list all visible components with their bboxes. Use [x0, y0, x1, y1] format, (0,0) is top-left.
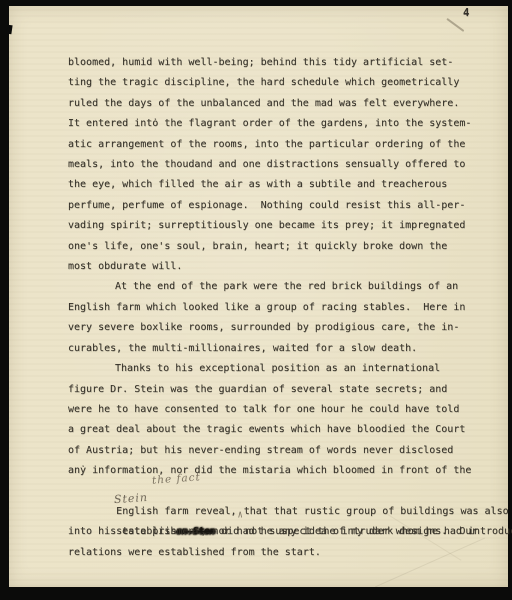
typed-line: ruled the days of the unbalanced and the… [68, 94, 488, 114]
typed-line: bloomed, humid with well-being; behind t… [68, 53, 488, 73]
page-number: 4 [463, 7, 469, 19]
typed-line: It entered intȯ the flagrant order of th… [68, 114, 488, 134]
typed-line: meals, into the thoudand and one distrac… [68, 155, 488, 175]
typed-line: anẏ information, nor did the mistaria wh… [68, 461, 488, 481]
paper: 4 bloomed, humid with well-being; behind… [9, 6, 508, 587]
typed-line-paragraph-start: At the end of the park were the red bric… [68, 277, 488, 297]
typed-line: vading spirit; surreptitiously one becam… [68, 216, 488, 236]
typed-line: atic arrangement of the rooms, into the … [68, 135, 488, 155]
pencil-scratch-mark [447, 18, 465, 32]
typed-line: figure Dr. Stein was the guardian of sev… [68, 380, 488, 400]
typed-line: English farm which looked like a group o… [68, 298, 488, 318]
typed-line: the eye, which filled the air as with a … [68, 175, 488, 195]
handwritten-correction: Stein [113, 488, 148, 511]
typed-line: of Austria; but his never-ending stream … [68, 441, 488, 461]
typed-line-with-correction: state prison.Sten did not suspect the in… [68, 502, 488, 522]
typed-line: curables, the multi-millionaires, waited… [68, 339, 488, 359]
scanned-page: 4 bloomed, humid with well-being; behind… [0, 0, 512, 600]
paper-edge-notch [6, 25, 12, 35]
typed-line: one's life, one's soul, brain, heart; it… [68, 237, 488, 257]
typed-line: most obdurate will. [68, 257, 488, 277]
typed-text-block: bloomed, humid with well-being; behind t… [68, 53, 488, 563]
typed-line: relations were established from the star… [68, 543, 488, 563]
handwritten-insertion: the fact [151, 467, 201, 491]
typed-line: perfume, perfume of espionage. Nothing c… [68, 196, 488, 216]
typed-line: very severe boxlike rooms, surrounded by… [68, 318, 488, 338]
typed-line-paragraph-start: Thanks to his exceptional position as an… [68, 359, 488, 379]
typed-line: ting the tragic discipline, the hard sch… [68, 73, 488, 93]
typed-line: into his establishment, nor had he any i… [68, 522, 488, 542]
typed-line: were he to have consented to talk for on… [68, 400, 488, 420]
typed-line: a great deal about the tragic ewents whi… [68, 420, 488, 440]
